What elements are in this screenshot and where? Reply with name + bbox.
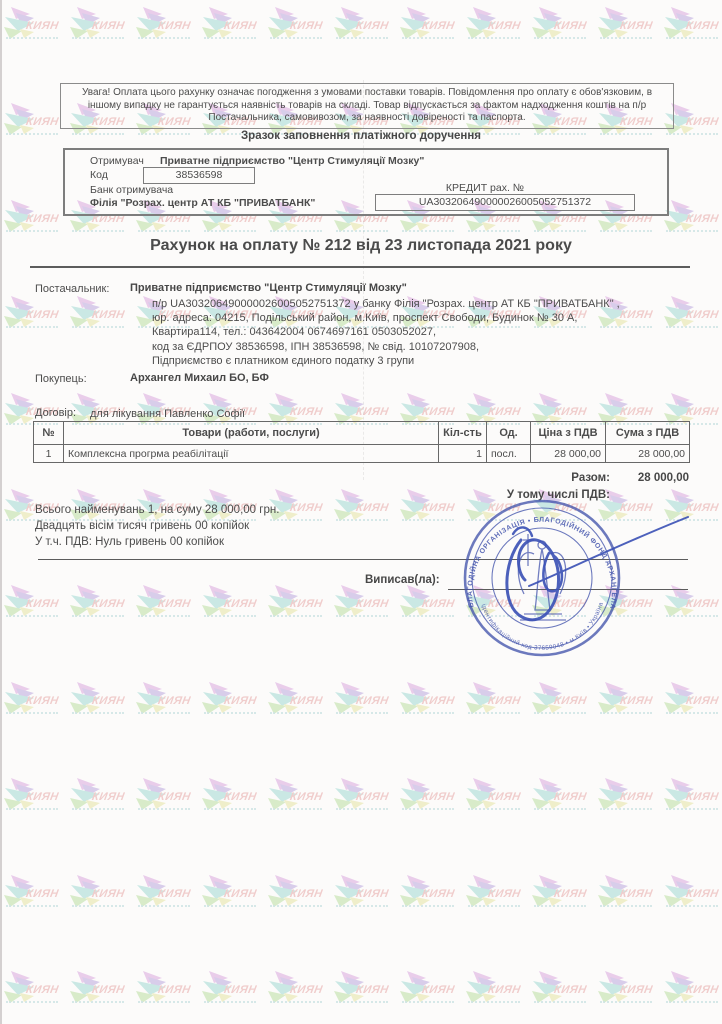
total-value: 28 000,00 <box>610 472 689 484</box>
payment-sample-box: Отримувач Приватне підприємство "Центр С… <box>63 148 669 216</box>
supplier-detail-line: юр. адреса: 04215, Подільський район, м.… <box>152 311 652 325</box>
item-num: 1 <box>34 445 64 463</box>
contract-value: для лікування Павленко Софії <box>90 407 245 421</box>
code-value-box: 38536598 <box>143 167 255 184</box>
supplier-detail-line: Підприємство є платником єдиного податку… <box>152 354 652 368</box>
summary-words-line: Двадцять вісім тисяч гривень 00 копійок <box>35 519 455 535</box>
payment-sample-heading: Зразок заповнення платіжного доручення <box>0 130 722 142</box>
supplier-detail-line: код за ЄДРПОУ 38536598, ІПН 38536598, № … <box>152 340 652 354</box>
items-table-header-row: № Товари (работи, послуги) Кіл-сть Од. Ц… <box>34 422 690 445</box>
code-label: Код <box>90 169 108 181</box>
table-row: 1 Комплексна прогрма реабілітації 1 посл… <box>34 445 690 463</box>
stamp-rings <box>465 501 619 655</box>
item-name: Комплексна прогрма реабілітації <box>64 445 439 463</box>
item-qty: 1 <box>439 445 487 463</box>
supplier-name: Приватне підприємство "Центр Стимуляції … <box>130 282 407 294</box>
scanned-invoice-page: КИЯНКИЯНКИЯНКИЯНКИЯНКИЯНКИЯНКИЯНКИЯНКИЯН… <box>0 0 722 1024</box>
items-table: № Товари (работи, послуги) Кіл-сть Од. Ц… <box>33 421 690 463</box>
col-header-qty: Кіл-сть <box>439 422 487 445</box>
iban-value-box: UA303206490000026005052751372 <box>375 194 635 211</box>
supplier-detail-line: п/р UA303206490000026005052751372 у банк… <box>152 297 652 311</box>
supplier-details: п/р UA303206490000026005052751372 у банк… <box>152 297 652 368</box>
col-header-unit: Од. <box>487 422 531 445</box>
col-header-sum: Сума з ПДВ <box>606 422 690 445</box>
item-sum: 28 000,00 <box>606 445 690 463</box>
contract-label: Договір: <box>35 407 76 419</box>
recipient-label: Отримувач <box>90 155 144 167</box>
credit-account-label: КРЕДИТ рах. № <box>420 182 550 194</box>
col-header-price: Ціна з ПДВ <box>531 422 606 445</box>
summary-total-line: Всього найменувань 1, на суму 28 000,00 … <box>35 503 455 519</box>
col-header-num: № <box>34 422 64 445</box>
item-price: 28 000,00 <box>531 445 606 463</box>
invoice-content: Увага! Оплата цього рахунку означає пого… <box>0 0 722 1024</box>
bank-label: Банк отримувача <box>90 184 173 196</box>
summary-vat-line: У т.ч. ПДВ: Нуль гривень 00 копійок <box>35 535 455 551</box>
supplier-detail-line: Квартира114, тел.: 043642004 0674697161 … <box>152 325 652 339</box>
invoice-title: Рахунок на оплату № 212 від 23 листопада… <box>0 237 722 255</box>
buyer-label: Покупець: <box>35 373 87 385</box>
total-label: Разом: <box>480 472 610 484</box>
bank-name: Філія "Розрах. центр АТ КБ "ПРИВАТБАНК" <box>90 197 315 209</box>
buyer-name: Архангел Михаил БО, БФ <box>130 372 269 384</box>
recipient-name: Приватне підприємство "Центр Стимуляції … <box>160 155 424 167</box>
col-header-goods: Товари (работи, послуги) <box>64 422 439 445</box>
title-rule <box>30 266 690 268</box>
item-unit: посл. <box>487 445 531 463</box>
summary-block: Всього найменувань 1, на суму 28 000,00 … <box>35 503 455 550</box>
payment-notice: Увага! Оплата цього рахунку означає пого… <box>60 83 674 129</box>
stamp-bottom-text: ідентифікаційний код 37659048 • м.Київ •… <box>480 601 605 652</box>
supplier-label: Постачальник: <box>35 283 109 295</box>
organization-stamp: БЛАГОДІЙНА ОРГАНІЗАЦІЯ • БЛАГОДІЙНИЙ ФОН… <box>425 490 695 670</box>
